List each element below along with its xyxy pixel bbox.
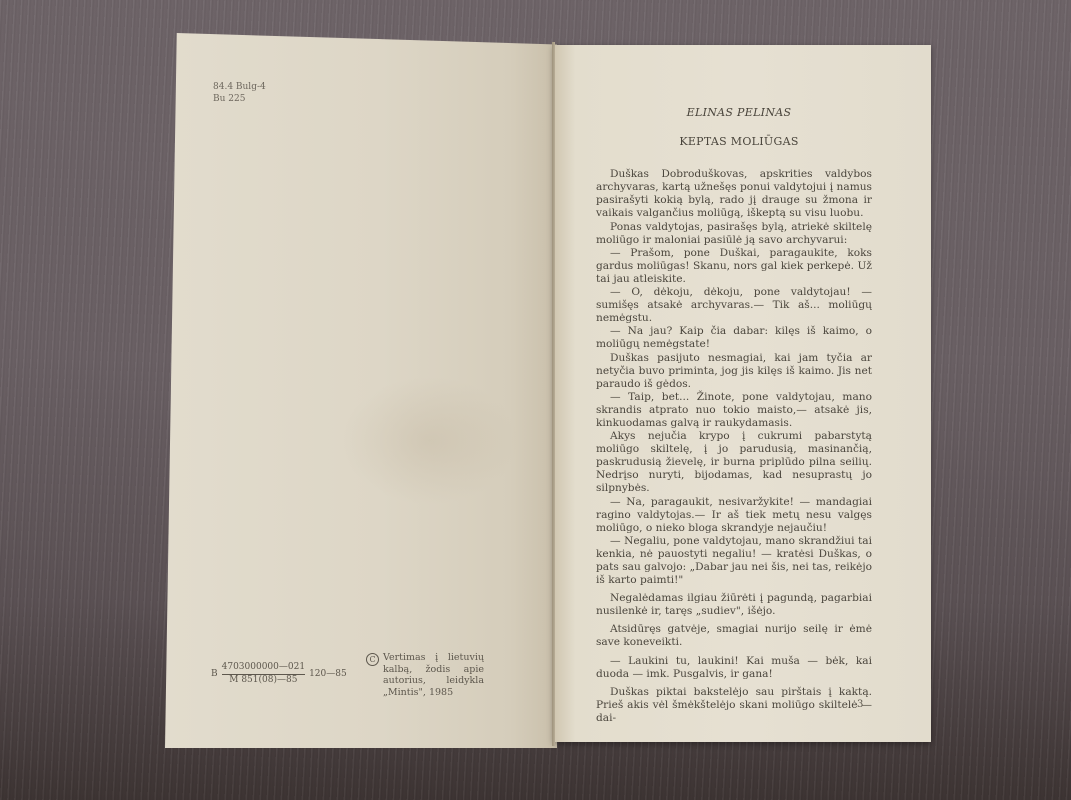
story-paragraph: — O, dėkoju, dėkoju, pone valdytojau! — … — [596, 286, 872, 325]
story-text-column: ELINAS PELINAS KEPTAS MOLIŪGAS Duškas Do… — [596, 106, 872, 725]
page-number: 3 — [857, 699, 863, 710]
open-book: 84.4 Bulg-4 Bu 225 B 4703000000—021 M 85… — [0, 0, 1071, 800]
author-name: ELINAS PELINAS — [606, 106, 872, 119]
copyright-notice: C Vertimas į lietuvių kalbą, žodis apie … — [366, 652, 484, 698]
catalog-fraction: 4703000000—021 M 851(08)—85 — [222, 662, 305, 686]
story-title: KEPTAS MOLIŪGAS — [606, 135, 872, 148]
story-paragraph: Duškas pasijuto nesmagiai, kai jam tyčia… — [596, 352, 872, 391]
page-wrinkle — [341, 376, 517, 505]
story-paragraph: — Laukini tu, laukini! Kai muša — bėk, k… — [596, 655, 872, 681]
story-paragraph: Duškas Dobroduškovas, apskrities valdybo… — [596, 168, 872, 220]
story-paragraph: Duškas piktai bakstelėjo sau pirštais į … — [596, 686, 872, 725]
catalog-prefix: B — [211, 669, 218, 680]
left-page — [165, 33, 557, 748]
library-code-line: 84.4 Bulg-4 — [213, 81, 266, 93]
story-paragraph: — Negaliu, pone valdytojau, mano skrandž… — [596, 535, 872, 587]
story-paragraph: Ponas valdytojas, pasirašęs bylą, atriek… — [596, 221, 872, 247]
library-code: 84.4 Bulg-4 Bu 225 — [213, 81, 266, 105]
story-body: Duškas Dobroduškovas, apskrities valdybo… — [596, 168, 872, 725]
story-paragraph: — Prašom, pone Duškai, paragaukite, koks… — [596, 247, 872, 286]
copyright-text: Vertimas į lietuvių kalbą, žodis apie au… — [383, 652, 484, 698]
story-paragraph: Atsidūręs gatvėje, smagiai nurijo seilę … — [596, 623, 872, 649]
copyright-icon: C — [366, 653, 379, 666]
story-paragraph: — Taip, bet... Žinote, pone valdytojau, … — [596, 391, 872, 430]
story-paragraph: Negalėdamas ilgiau žiūrėti į pagundą, pa… — [596, 592, 872, 618]
story-paragraph: — Na, paragaukit, nesivaržykite! — manda… — [596, 496, 872, 535]
story-paragraph: — Na jau? Kaip čia dabar: kilęs iš kaimo… — [596, 325, 872, 351]
catalog-numerator: 4703000000—021 — [222, 662, 305, 675]
story-paragraph: Akys nejučia krypo į cukrumi pabarstytą … — [596, 430, 872, 495]
library-code-line: Bu 225 — [213, 93, 266, 105]
catalog-denominator: M 851(08)—85 — [229, 675, 297, 686]
book-spine — [552, 42, 555, 746]
catalog-suffix: 120—85 — [309, 669, 347, 680]
catalog-number: B 4703000000—021 M 851(08)—85 120—85 — [211, 662, 347, 686]
